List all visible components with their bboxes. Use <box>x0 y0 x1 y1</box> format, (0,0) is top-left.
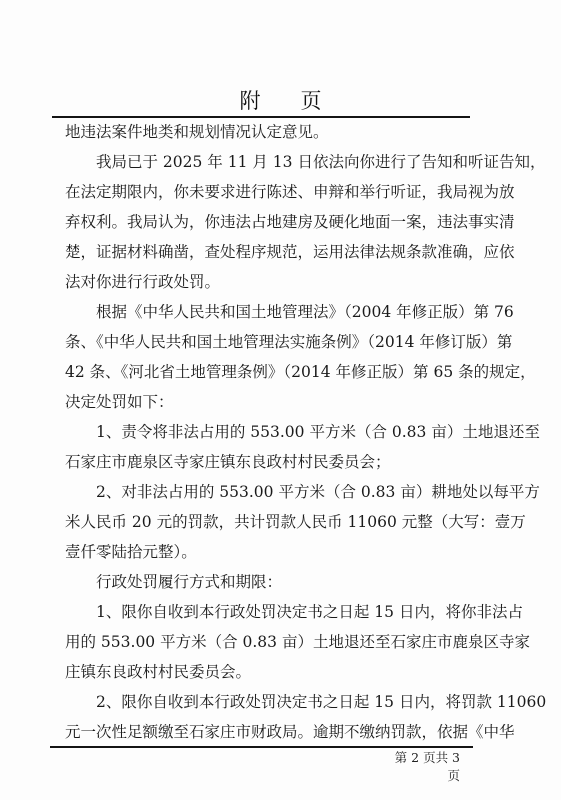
text-line: 在法定期限内，你未要求进行陈述、申辩和举行听证，我局视为放 <box>65 177 496 207</box>
text-line: 楚，证据材料确凿，查处程序规范，运用法律法规条款准确，应依 <box>65 237 496 267</box>
page-number: 第 2 页共 3 页 <box>380 749 460 785</box>
text-line: 弃权利。我局认为，你违法占地建房及硬化地面一案，违法事实清 <box>65 207 496 237</box>
text-line: 庄镇东良政村村民委员会。 <box>65 657 496 687</box>
text-line: 决定处罚如下： <box>65 387 496 417</box>
page-title: 附页 <box>0 88 561 114</box>
text-line: 壹仟零陆拾元整）。 <box>65 537 496 567</box>
text-line: 42 条、《河北省土地管理条例》（2014 年修正版）第 65 条的规定， <box>65 357 496 387</box>
text-line: 1、限你自收到本行政处罚决定书之日起 15 日内，将你非法占 <box>65 597 496 627</box>
text-line: 1、责令将非法占用的 553.00 平方米（合 0.83 亩）土地退还至 <box>65 417 496 447</box>
text-line: 行政处罚履行方式和期限： <box>65 567 496 597</box>
text-line: 石家庄市鹿泉区寺家庄镇东良政村村民委员会； <box>65 447 496 477</box>
text-line: 法对你进行行政处罚。 <box>65 267 496 297</box>
text-line: 2、对非法占用的 553.00 平方米（合 0.83 亩）耕地处以每平方 <box>65 477 496 507</box>
text-line: 用的 553.00 平方米（合 0.83 亩）土地退还至石家庄市鹿泉区寺家 <box>65 627 496 657</box>
document-body: 地违法案件地类和规划情况认定意见。 我局已于 2025 年 11 月 13 日依… <box>65 117 496 747</box>
text-line: 条、《中华人民共和国土地管理法实施条例》（2014 年修订版）第 <box>65 327 496 357</box>
text-line: 元一次性足额缴至石家庄市财政局。逾期不缴纳罚款，依据《中华 <box>65 717 496 747</box>
text-line: 我局已于 2025 年 11 月 13 日依法向你进行了告知和听证告知， <box>65 147 496 177</box>
text-line: 米人民币 20 元的罚款，共计罚款人民币 11060 元整（大写：壹万 <box>65 507 496 537</box>
footer-divider <box>50 746 473 748</box>
text-line: 2、限你自收到本行政处罚决定书之日起 15 日内，将罚款 11060 <box>65 687 496 717</box>
text-line: 地违法案件地类和规划情况认定意见。 <box>65 117 496 147</box>
text-line: 根据《中华人民共和国土地管理法》（2004 年修正版）第 76 <box>65 297 496 327</box>
